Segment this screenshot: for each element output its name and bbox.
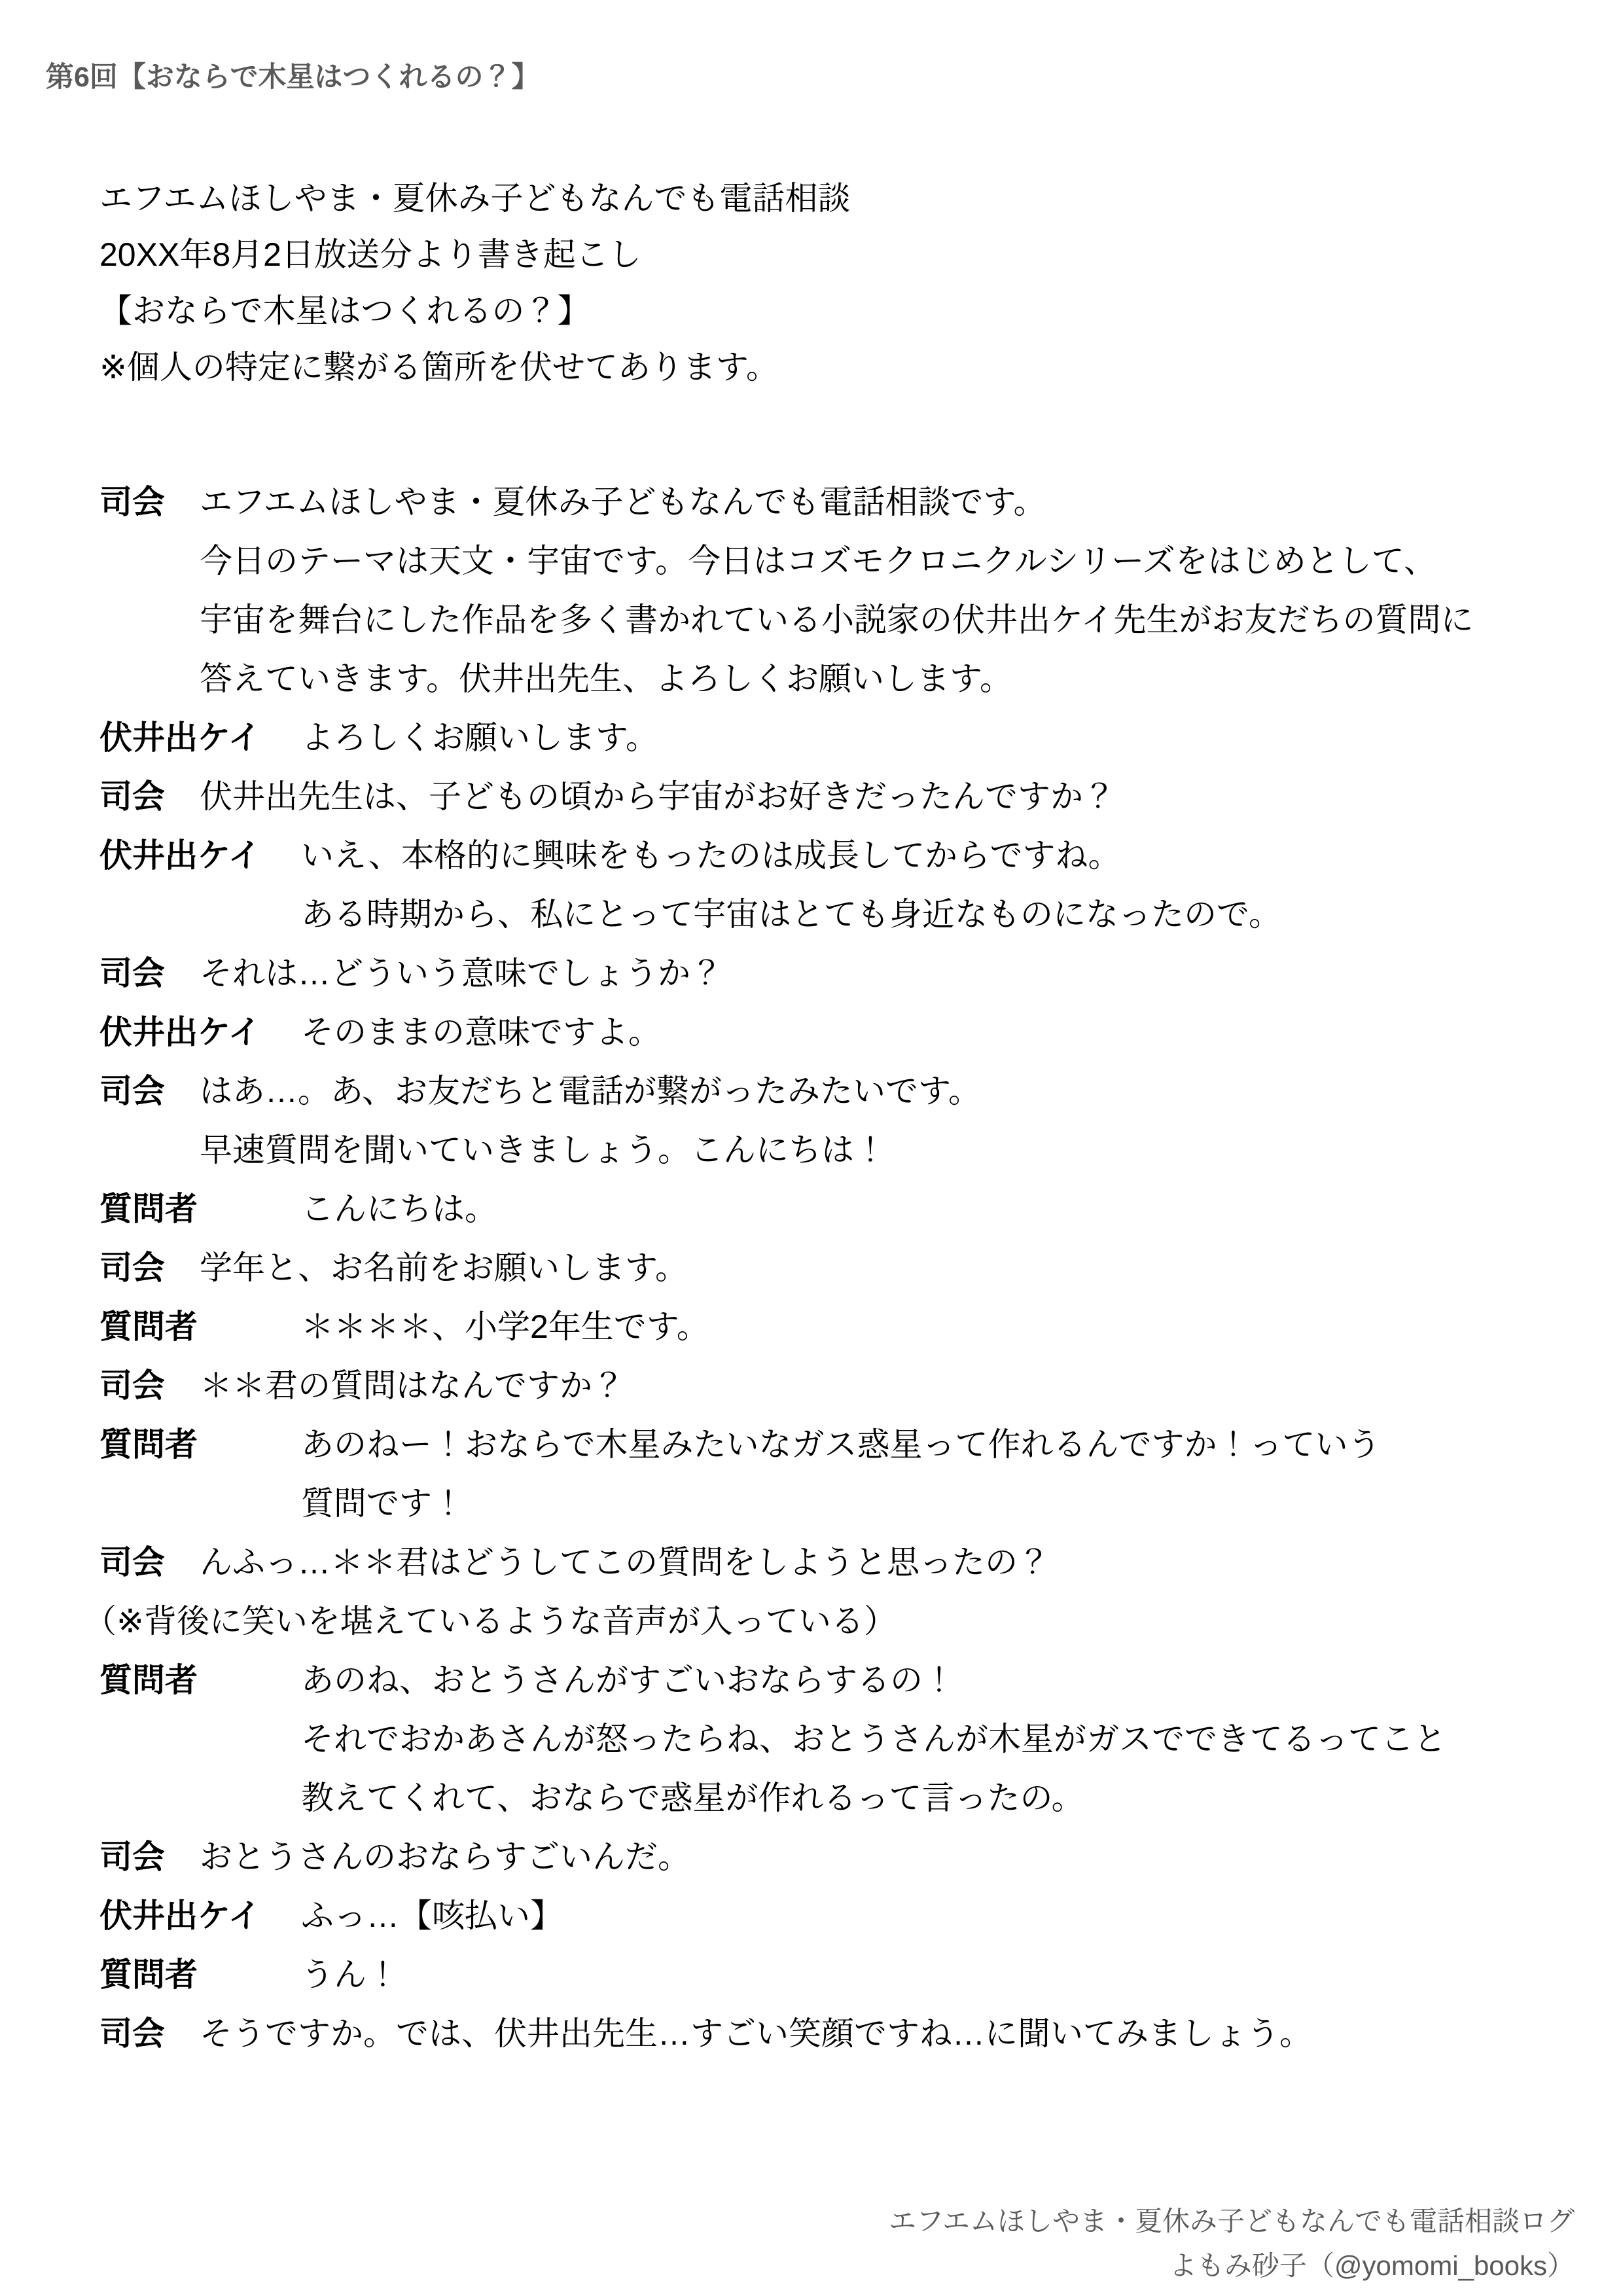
speaker-label: 司会: [99, 767, 200, 826]
speaker-label: [99, 1474, 301, 1533]
dialogue-text: 伏井出先生は、子どもの頃から宇宙がお好きだったんですか？: [200, 767, 1116, 826]
speaker-label: 質問者: [99, 1945, 301, 2004]
transcript-row: 伏井出ケイよろしくお願いします。: [99, 708, 1474, 767]
speaker-label: 司会: [99, 1827, 200, 1886]
dialogue-text: ＊＊君の質問はなんですか？: [200, 1356, 625, 1415]
speaker-label: [99, 1710, 301, 1768]
transcript-row: 教えてくれて、おならで惑星が作れるって言ったの。: [99, 1768, 1474, 1827]
dialogue-text: そうですか。では、伏井出先生…すごい笑顔ですね…に聞いてみましょう。: [200, 2004, 1312, 2063]
transcript-row: それでおかあさんが怒ったらね、おとうさんが木星がガスでできてるってこと: [99, 1710, 1474, 1768]
speaker-label: 質問者: [99, 1179, 301, 1238]
speaker-label: [99, 531, 200, 590]
dialogue-text: それは…どういう意味でしょうか？: [200, 944, 723, 1003]
speaker-label: 伏井出ケイ: [99, 708, 301, 767]
transcript-row: ある時期から、私にとって宇宙はとても身近なものになったので。: [99, 885, 1474, 944]
transcript-row: 今日のテーマは天文・宇宙です。今日はコズモクロニクルシリーズをはじめとして、: [99, 531, 1474, 590]
speaker-label: 質問者: [99, 1415, 301, 1474]
dialogue-text: あのねー！おならで木星みたいなガス惑星って作れるんですか！っていう: [301, 1415, 1381, 1474]
dialogue-text: いえ、本格的に興味をもったのは成長してからですね。: [301, 826, 1121, 885]
transcript-row: 司会んふっ…＊＊君はどうしてこの質問をしようと思ったの？: [99, 1533, 1474, 1592]
speaker-label: [99, 885, 301, 944]
transcript-row: 司会はあ…。あ、お友だちと電話が繋がったみたいです。: [99, 1062, 1474, 1121]
dialogue-text: んふっ…＊＊君はどうしてこの質問をしようと思ったの？: [200, 1533, 1050, 1592]
dialogue-text: うん！: [301, 1945, 399, 2004]
footer-credit-line: エフエムほしやま・夏休み子どもなんでも電話相談ログ: [889, 2199, 1575, 2244]
dialogue-text: ＊＊＊＊、小学2年生です。: [301, 1297, 709, 1356]
transcript-row: 質問者あのねー！おならで木星みたいなガス惑星って作れるんですか！っていう: [99, 1415, 1474, 1474]
dialogue-text: あのね、おとうさんがすごいおならするの！: [301, 1651, 955, 1710]
dialogue-text: ふっ…【咳払い】: [301, 1886, 563, 1945]
dialogue-text: エフエムほしやま・夏休み子どもなんでも電話相談です。: [200, 473, 1046, 531]
transcript-row: 早速質問を聞いていきましょう。こんにちは！: [99, 1121, 1474, 1179]
transcript-row: 質問者あのね、おとうさんがすごいおならするの！: [99, 1651, 1474, 1710]
transcript-row: 司会学年と、お名前をお願いします。: [99, 1238, 1474, 1297]
footer-credits: エフエムほしやま・夏休み子どもなんでも電話相談ログ よもみ砂子（@yomomi_…: [889, 2199, 1575, 2288]
dialogue-text: 学年と、お名前をお願いします。: [200, 1238, 688, 1297]
stage-direction-note: （※背後に笑いを堪えているような音声が入っている）: [84, 1592, 1474, 1651]
speaker-label: 司会: [99, 1062, 200, 1121]
dialogue-text: ある時期から、私にとって宇宙はとても身近なものになったので。: [301, 885, 1281, 944]
transcript-row: 司会それは…どういう意味でしょうか？: [99, 944, 1474, 1003]
dialogue-text: こんにちは。: [301, 1179, 497, 1238]
dialogue-text: 宇宙を舞台にした作品を多く書かれている小説家の伏井出ケイ先生がお友だちの質問に: [200, 590, 1474, 649]
speaker-label: 司会: [99, 1238, 200, 1297]
dialogue-text: よろしくお願いします。: [301, 708, 658, 767]
speaker-label: [99, 1768, 301, 1827]
intro-line: エフエムほしやま・夏休み子どもなんでも電話相談: [99, 170, 851, 226]
transcript: 司会エフエムほしやま・夏休み子どもなんでも電話相談です。 今日のテーマは天文・宇…: [99, 473, 1474, 2063]
transcript-row: 伏井出ケイいえ、本格的に興味をもったのは成長してからですね。: [99, 826, 1474, 885]
dialogue-text: はあ…。あ、お友だちと電話が繋がったみたいです。: [200, 1062, 981, 1121]
speaker-label: 伏井出ケイ: [99, 1886, 301, 1945]
speaker-label: 質問者: [99, 1297, 301, 1356]
footer-credit-line: よもみ砂子（@yomomi_books）: [889, 2244, 1575, 2288]
transcript-row: 質問者こんにちは。: [99, 1179, 1474, 1238]
transcript-row: 質問者＊＊＊＊、小学2年生です。: [99, 1297, 1474, 1356]
intro-line: ※個人の特定に繋がる箇所を伏せてあります。: [99, 339, 851, 395]
transcript-row: 司会伏井出先生は、子どもの頃から宇宙がお好きだったんですか？: [99, 767, 1474, 826]
intro-line: 【おならで木星はつくれるの？】: [99, 283, 851, 339]
dialogue-text: 教えてくれて、おならで惑星が作れるって言ったの。: [301, 1768, 1084, 1827]
speaker-label: [99, 649, 200, 708]
dialogue-text: おとうさんのおならすごいんだ。: [200, 1827, 690, 1886]
dialogue-text: そのままの意味ですよ。: [301, 1003, 661, 1062]
dialogue-text: それでおかあさんが怒ったらね、おとうさんが木星がガスでできてるってこと: [301, 1710, 1446, 1768]
transcript-row: 司会おとうさんのおならすごいんだ。: [99, 1827, 1474, 1886]
speaker-label: 司会: [99, 473, 200, 531]
speaker-label: [99, 590, 200, 649]
speaker-label: 司会: [99, 944, 200, 1003]
transcript-row: 司会そうですか。では、伏井出先生…すごい笑顔ですね…に聞いてみましょう。: [99, 2004, 1474, 2063]
dialogue-text: 答えていきます。伏井出先生、よろしくお願いします。: [200, 649, 1012, 708]
transcript-row: 伏井出ケイふっ…【咳払い】: [99, 1886, 1474, 1945]
transcript-row: 答えていきます。伏井出先生、よろしくお願いします。: [99, 649, 1474, 708]
transcript-row: 宇宙を舞台にした作品を多く書かれている小説家の伏井出ケイ先生がお友だちの質問に: [99, 590, 1474, 649]
speaker-label: 伏井出ケイ: [99, 826, 301, 885]
document-page: 第6回【おならで木星はつくれるの？】 エフエムほしやま・夏休み子どもなんでも電話…: [0, 0, 1623, 2296]
dialogue-text: 早速質問を聞いていきましょう。こんにちは！: [200, 1121, 887, 1179]
page-header-title: 第6回【おならで木星はつくれるの？】: [46, 60, 539, 94]
transcript-row: 伏井出ケイそのままの意味ですよ。: [99, 1003, 1474, 1062]
transcript-row: 質問者うん！: [99, 1945, 1474, 2004]
dialogue-text: （※背後に笑いを堪えているような音声が入っている）: [84, 1592, 897, 1651]
speaker-label: 質問者: [99, 1651, 301, 1710]
dialogue-text: 質問です！: [301, 1474, 465, 1533]
transcript-row: 司会＊＊君の質問はなんですか？: [99, 1356, 1474, 1415]
transcript-row: 質問です！: [99, 1474, 1474, 1533]
speaker-label: 司会: [99, 1356, 200, 1415]
speaker-label: [99, 1121, 200, 1179]
speaker-label: 司会: [99, 2004, 200, 2063]
transcript-row: 司会エフエムほしやま・夏休み子どもなんでも電話相談です。: [99, 473, 1474, 531]
intro-line: 20XX年8月2日放送分より書き起こし: [99, 226, 851, 283]
dialogue-text: 今日のテーマは天文・宇宙です。今日はコズモクロニクルシリーズをはじめとして、: [200, 531, 1436, 590]
speaker-label: 伏井出ケイ: [99, 1003, 301, 1062]
speaker-label: 司会: [99, 1533, 200, 1592]
intro-block: エフエムほしやま・夏休み子どもなんでも電話相談 20XX年8月2日放送分より書き…: [99, 170, 851, 395]
